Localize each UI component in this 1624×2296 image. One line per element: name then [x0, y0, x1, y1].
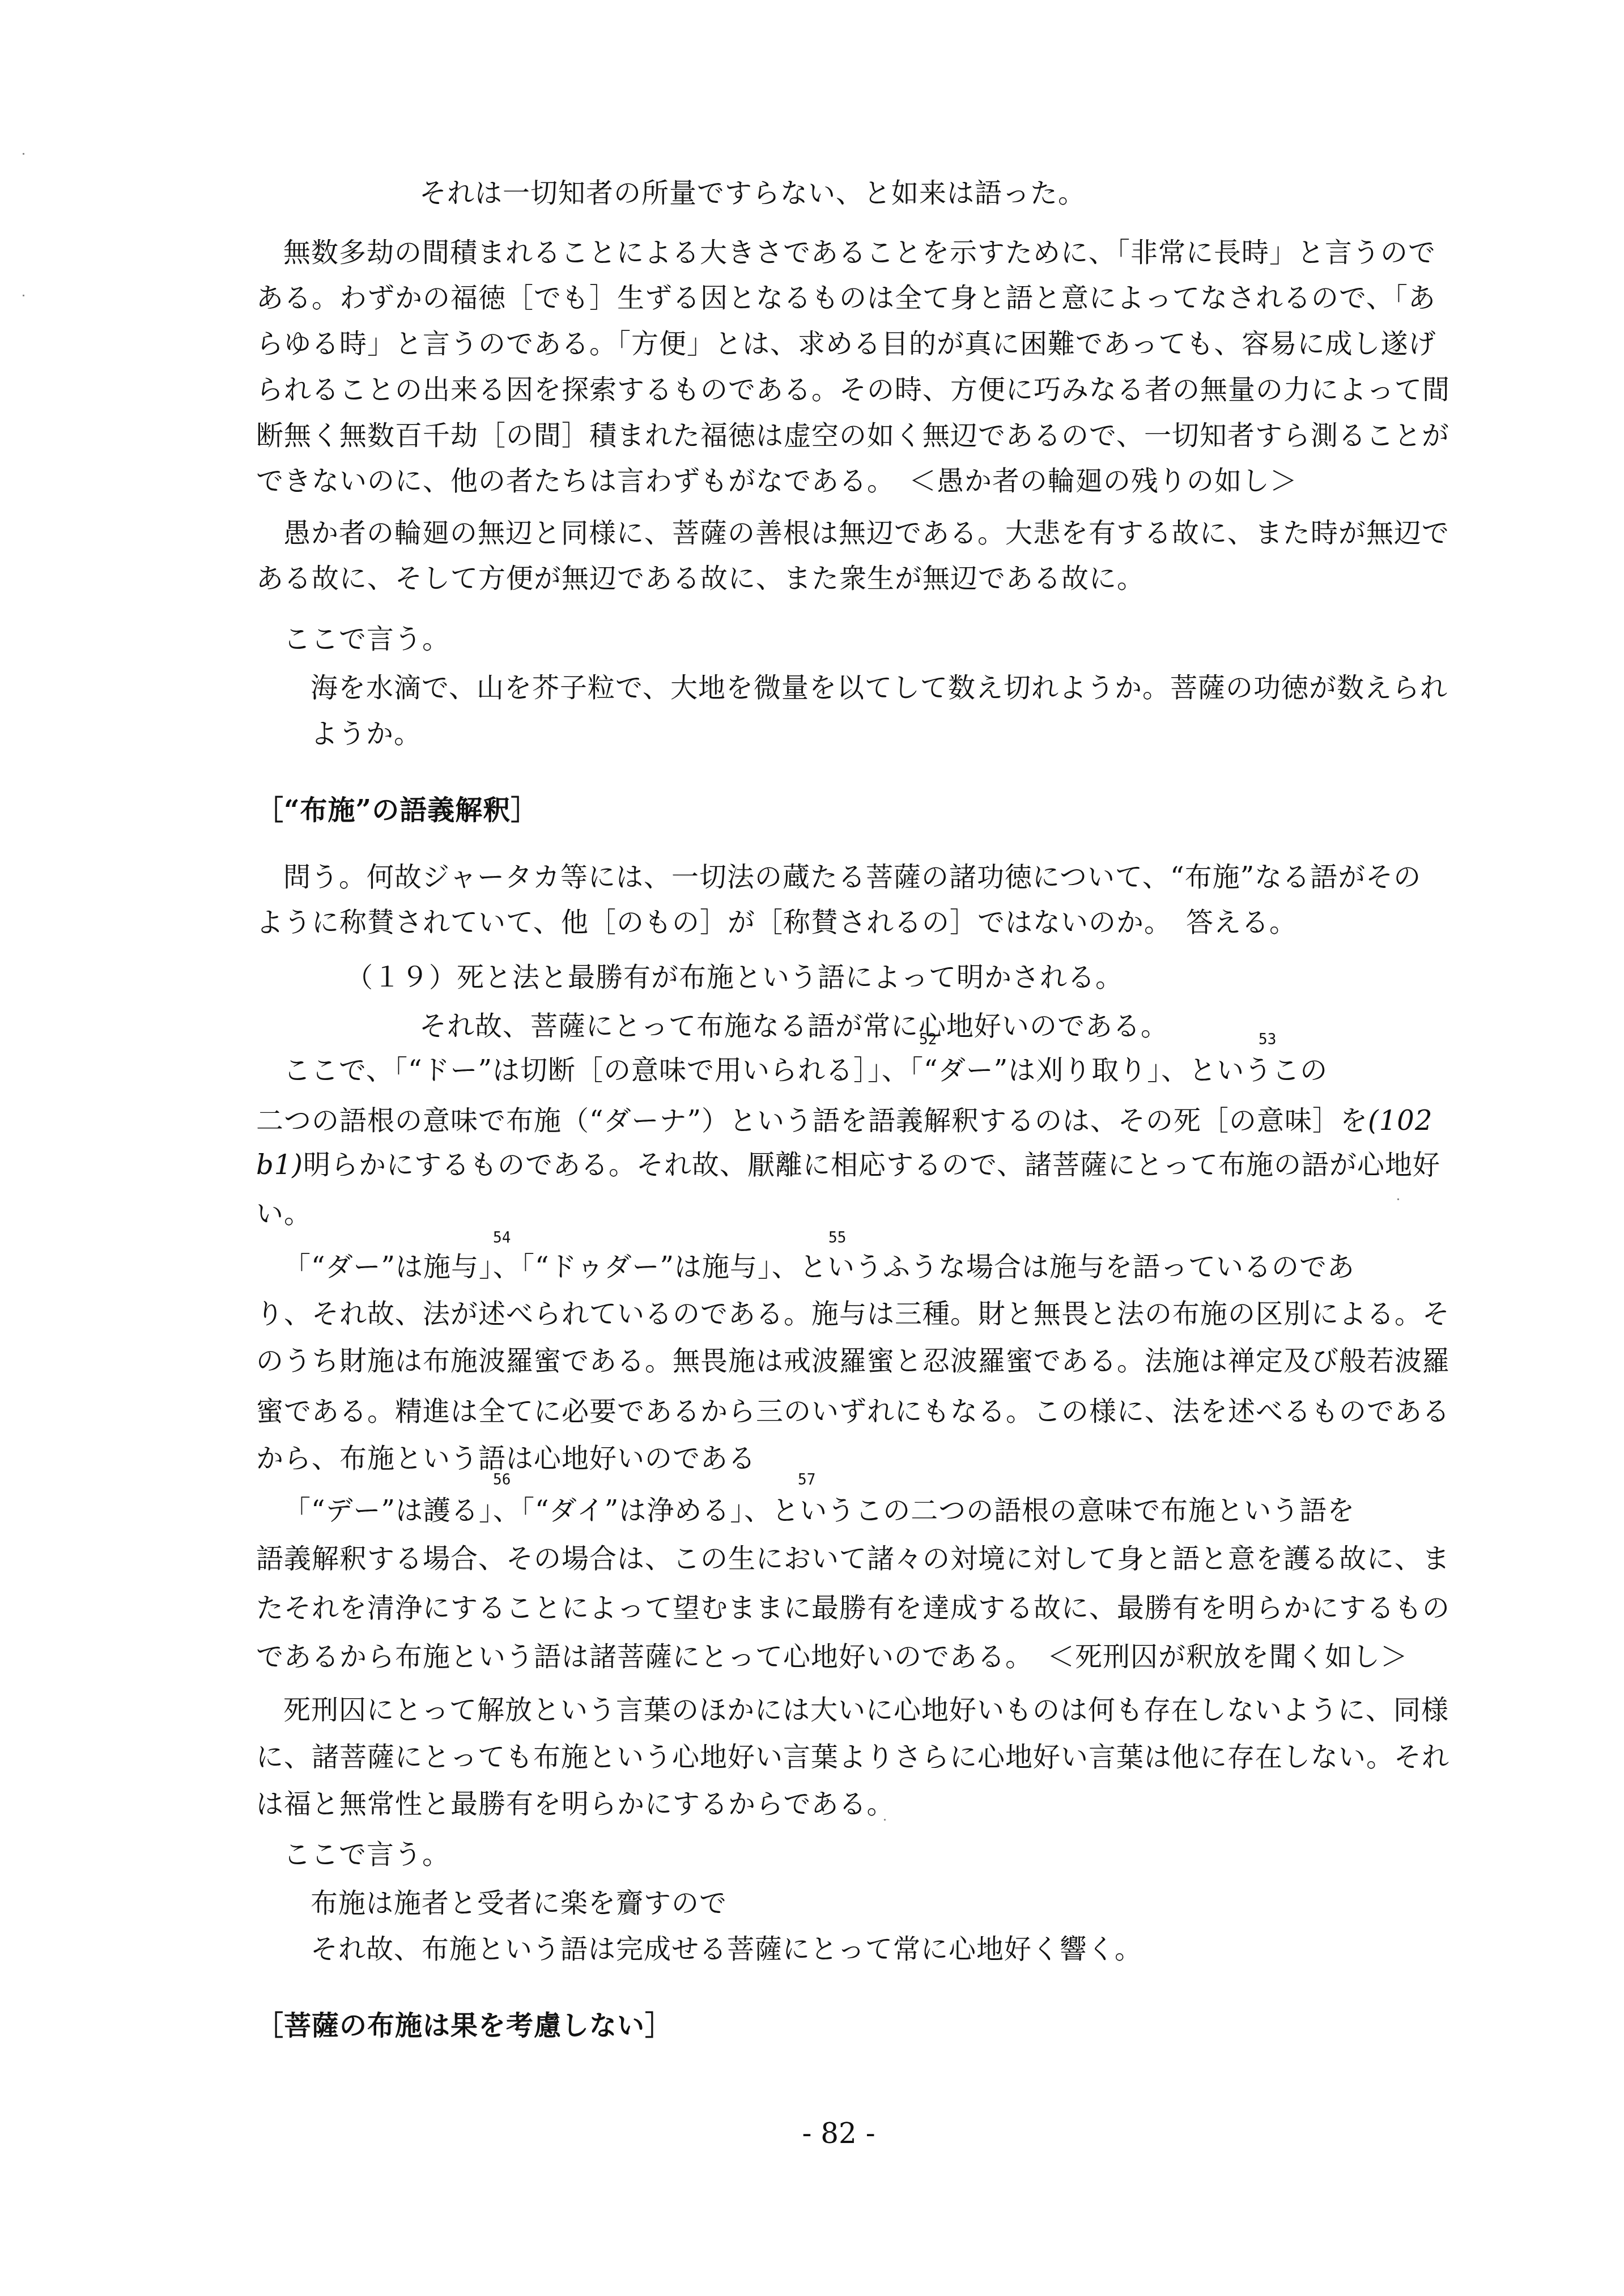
- page-number: - 82 -: [782, 2116, 895, 2150]
- paragraph-line: から、布施という語は心地好いのである: [256, 1442, 1423, 1476]
- paragraph-line: 語義解釈する場合、その場合は、この生において諸々の対境に対して身と語と意を護る故…: [256, 1542, 1423, 1576]
- section-heading: ［菩薩の布施は果を考慮しない］: [256, 2009, 1423, 2043]
- paragraph-line: ように称賛されていて、他［のもの］が［称賛されるの］ではないのか。 答える。: [256, 905, 1423, 939]
- paragraph-line: は福と無常性と最勝有を明らかにするからである。: [256, 1787, 1423, 1821]
- paragraph-line: ある。わずかの福徳［でも］生ずる因となるものは全て身と語と意によってなされるので…: [256, 281, 1423, 315]
- paragraph-line: 問う。何故ジャータカ等には、一切法の蔵たる菩薩の諸功徳について、“布施”なる語が…: [283, 860, 1451, 894]
- paragraph-line: 無数多劫の間積まれることによる大きさであることを示すために、「非常に長時」と言う…: [283, 236, 1451, 270]
- verse-line: 海を水滴で、山を芥子粒で、大地を微量を以てして数え切れようか。菩薩の功徳が数えら…: [311, 671, 1478, 705]
- paragraph-line: に、諸菩薩にとっても布施という心地好い言葉よりさらに心地好い言葉は他に存在しない…: [256, 1740, 1423, 1774]
- paragraph-line: 二つの語根の意味で布施（“ダーナ”）という語を語義解釈するのは、その死［の意味］…: [256, 1104, 1423, 1138]
- page-reference: b1): [256, 1149, 303, 1181]
- paragraph-line: ここで言う。: [283, 622, 1451, 656]
- paragraph-line: 死刑囚にとって解放という言葉のほかには大いに心地好いものは何も存在しないように、…: [283, 1693, 1451, 1727]
- verse-line: それ故、菩薩にとって布施なる語が常に心地好いのである。: [419, 1009, 1587, 1043]
- scan-speck: [1397, 1198, 1399, 1200]
- paragraph-line: 蜜である。精進は全てに必要であるから三のいずれにもなる。この様に、法を述べるもの…: [256, 1394, 1423, 1428]
- paragraph-line: り、それ故、法が述べられているのである。施与は三種。財と無畏と法の布施の区別によ…: [256, 1297, 1423, 1331]
- verse-line: それは一切知者の所量ですらない、と如来は語った。: [419, 176, 1587, 210]
- paragraph-line: ここで言う。: [283, 1838, 1451, 1872]
- footnote-mark: 55: [828, 1230, 846, 1247]
- scan-speck: [884, 1819, 886, 1821]
- line-text: 明らかにするものである。それ故、厭離に相応するので、諸菩薩にとって布施の語が心地…: [303, 1149, 1440, 1181]
- verse-line: ようか。: [311, 717, 1478, 751]
- paragraph-line: b1)明らかにするものである。それ故、厭離に相応するので、諸菩薩にとって布施の語…: [256, 1148, 1423, 1182]
- scan-speck: [23, 295, 24, 296]
- paragraph-line: 断無く無数百千劫［の間］積まれた福徳は虚空の如く無辺であるので、一切知者すら測る…: [256, 419, 1423, 453]
- verse-line: 布施は施者と受者に楽を齎すので: [311, 1886, 1478, 1920]
- paragraph-line: できないのに、他の者たちは言わずもがなである。 ＜愚か者の輪廻の残りの如し＞: [256, 464, 1423, 498]
- paragraph-line: い。: [256, 1197, 1423, 1231]
- line-text: 二つの語根の意味で布施（“ダーナ”）という語を語義解釈するのは、その死［の意味］…: [256, 1105, 1368, 1137]
- verse-line: （１９）死と法と最勝有が布施という語によって明かされる。: [346, 960, 1513, 994]
- paragraph-line: 愚か者の輪廻の無辺と同様に、菩薩の善根は無辺である。大悲を有する故に、また時が無…: [283, 516, 1451, 550]
- paragraph-line: られることの出来る因を探索するものである。その時、方便に巧みなる者の無量の力によ…: [256, 373, 1423, 407]
- paragraph-line: たそれを清浄にすることによって望むままに最勝有を達成する故に、最勝有を明らかにす…: [256, 1591, 1423, 1625]
- footnote-mark: 56: [493, 1472, 511, 1489]
- paragraph-line: であるから布施という語は諸菩薩にとって心地好いのである。 ＜死刑囚が釈放を聞く如…: [256, 1640, 1423, 1674]
- paragraph-line: 「“デー”は護る」、「“ダイ”は浄める」、というこの二つの語根の意味で布施という…: [283, 1494, 1451, 1528]
- footnote-mark: 53: [1259, 1031, 1276, 1048]
- page-reference: (102: [1368, 1105, 1432, 1137]
- scan-speck: [23, 153, 24, 155]
- footnote-mark: 52: [919, 1031, 937, 1048]
- footnote-mark: 54: [493, 1230, 511, 1247]
- verse-line: それ故、布施という語は完成せる菩薩にとって常に心地好く響く。: [311, 1932, 1478, 1966]
- paragraph-line: らゆる時」と言うのである。「方便」とは、求める目的が真に困難であっても、容易に成…: [256, 327, 1423, 361]
- paragraph-line: ここで、「“ドー”は切断［の意味で用いられる］」、「“ダー”は刈り取り」、という…: [283, 1053, 1451, 1087]
- paragraph-line: 「“ダー”は施与」、「“ドゥダー”は施与」、というふうな場合は施与を語っているの…: [283, 1250, 1451, 1284]
- footnote-mark: 57: [798, 1472, 815, 1489]
- paragraph-line: のうち財施は布施波羅蜜である。無畏施は戒波羅蜜と忍波羅蜜である。法施は禅定及び般…: [256, 1344, 1423, 1378]
- section-heading: ［“布施”の語義解釈］: [256, 793, 1423, 827]
- paragraph-line: ある故に、そして方便が無辺である故に、また衆生が無辺である故に。: [256, 562, 1423, 596]
